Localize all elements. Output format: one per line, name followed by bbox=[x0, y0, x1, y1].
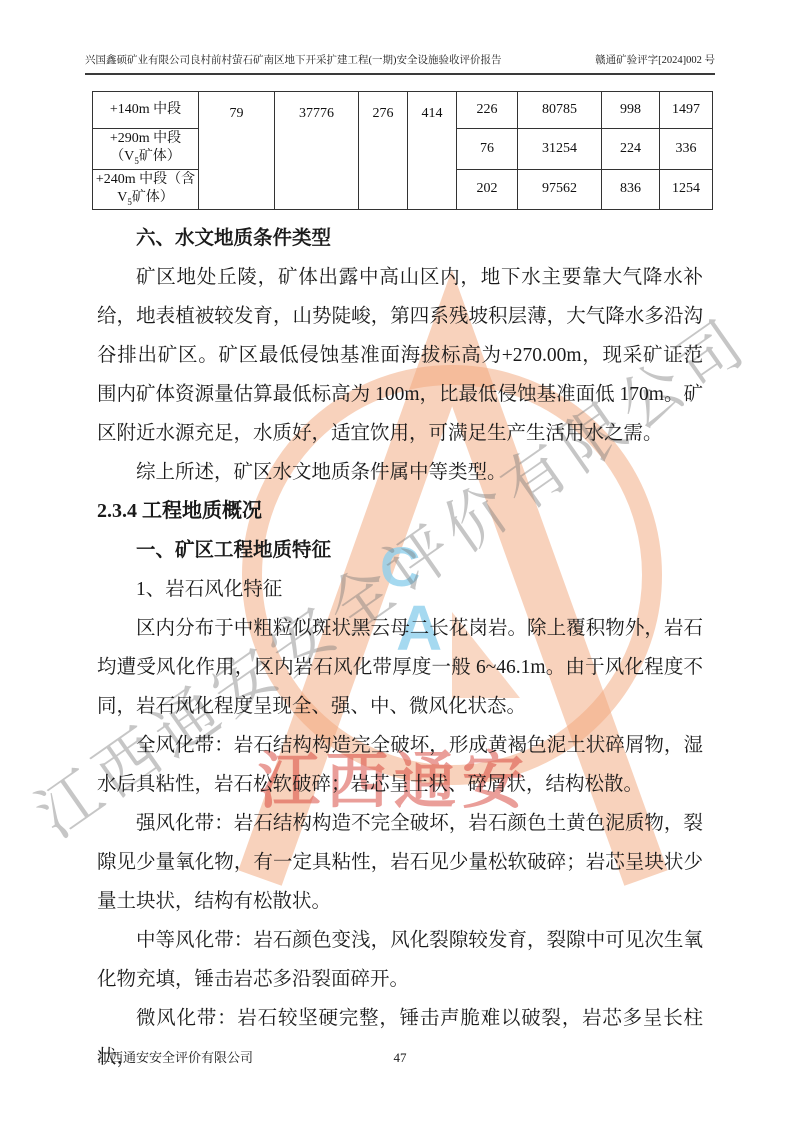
document-page: C A 江西通安安全评价有限公司 江西通安 兴国鑫硕矿业有限公司良村前村萤石矿南… bbox=[0, 0, 800, 1131]
subsection-heading-rock-weathering: 1、岩石风化特征 bbox=[97, 570, 703, 609]
label-text: （V bbox=[110, 149, 134, 164]
value-cell: 31254 bbox=[518, 129, 602, 170]
paragraph: 强风化带：岩石结构构造不完全破坏，岩石颜色土黄色泥质物，裂隙见少量氧化物，有一定… bbox=[97, 804, 703, 921]
row-label-cell: +290m 中段 （V5矿体） bbox=[93, 129, 199, 170]
merged-value-cell: 37776 bbox=[275, 92, 359, 210]
label-text: 矿体） bbox=[139, 149, 181, 164]
value-cell: 97562 bbox=[518, 169, 602, 210]
value-cell: 336 bbox=[660, 129, 713, 170]
value-cell: 76 bbox=[457, 129, 518, 170]
header-document-number: 赣通矿验评字[2024]002 号 bbox=[595, 54, 715, 68]
subsection-heading-mine-engineering-features: 一、矿区工程地质特征 bbox=[97, 531, 703, 570]
value-cell: 1497 bbox=[660, 92, 713, 129]
row-label: +240m 中段（含 bbox=[95, 171, 196, 189]
page-footer: 江西通安安全评价有限公司 47 bbox=[97, 1049, 703, 1066]
row-label-line2: V5矿体） bbox=[95, 189, 196, 208]
merged-value-cell: 79 bbox=[199, 92, 275, 210]
row-label-cell: +140m 中段 bbox=[93, 92, 199, 129]
merged-value-cell: 414 bbox=[408, 92, 457, 210]
row-label: +290m 中段 bbox=[95, 130, 196, 148]
merged-value-cell: 276 bbox=[359, 92, 408, 210]
value-cell: 998 bbox=[602, 92, 660, 129]
page-header: 兴国鑫硕矿业有限公司良村前村萤石矿南区地下开采扩建工程(一期)安全设施验收评价报… bbox=[85, 54, 715, 75]
value-cell: 1254 bbox=[660, 169, 713, 210]
document-body: 六、水文地质条件类型 矿区地处丘陵，矿体出露中高山区内，地下水主要靠大气降水补给… bbox=[97, 219, 703, 1077]
paragraph: 综上所述，矿区水文地质条件属中等类型。 bbox=[97, 453, 703, 492]
table-row: +140m 中段 79 37776 276 414 226 80785 998 … bbox=[93, 92, 713, 129]
value-cell: 226 bbox=[457, 92, 518, 129]
row-label: +140m 中段 bbox=[110, 102, 181, 117]
value-cell: 836 bbox=[602, 169, 660, 210]
header-report-title: 兴国鑫硕矿业有限公司良村前村萤石矿南区地下开采扩建工程(一期)安全设施验收评价报… bbox=[85, 54, 502, 68]
row-label-cell: +240m 中段（含 V5矿体） bbox=[93, 169, 199, 210]
paragraph: 中等风化带：岩石颜色变浅，风化裂隙较发育，裂隙中可见次生氧化物充填，锤击岩芯多沿… bbox=[97, 921, 703, 999]
footer-page-number: 47 bbox=[97, 1049, 703, 1066]
section-heading-engineering-geology: 2.3.4 工程地质概况 bbox=[97, 492, 703, 531]
paragraph: 矿区地处丘陵，矿体出露中高山区内，地下水主要靠大气降水补给，地表植被较发育，山势… bbox=[97, 258, 703, 453]
paragraph: 区内分布于中粗粒似斑状黑云母二长花岗岩。除上覆积物外，岩石均遭受风化作用，区内岩… bbox=[97, 609, 703, 726]
row-label-line2: （V5矿体） bbox=[95, 148, 196, 167]
label-text: 矿体） bbox=[132, 190, 174, 205]
value-cell: 202 bbox=[457, 169, 518, 210]
reserves-table: +140m 中段 79 37776 276 414 226 80785 998 … bbox=[92, 91, 713, 210]
section-heading-hydrogeology: 六、水文地质条件类型 bbox=[97, 219, 703, 258]
paragraph: 全风化带：岩石结构构造完全破坏，形成黄褐色泥土状碎屑物，湿水后具粘性，岩石松软破… bbox=[97, 726, 703, 804]
value-cell: 224 bbox=[602, 129, 660, 170]
label-text: V bbox=[117, 190, 127, 205]
value-cell: 80785 bbox=[518, 92, 602, 129]
